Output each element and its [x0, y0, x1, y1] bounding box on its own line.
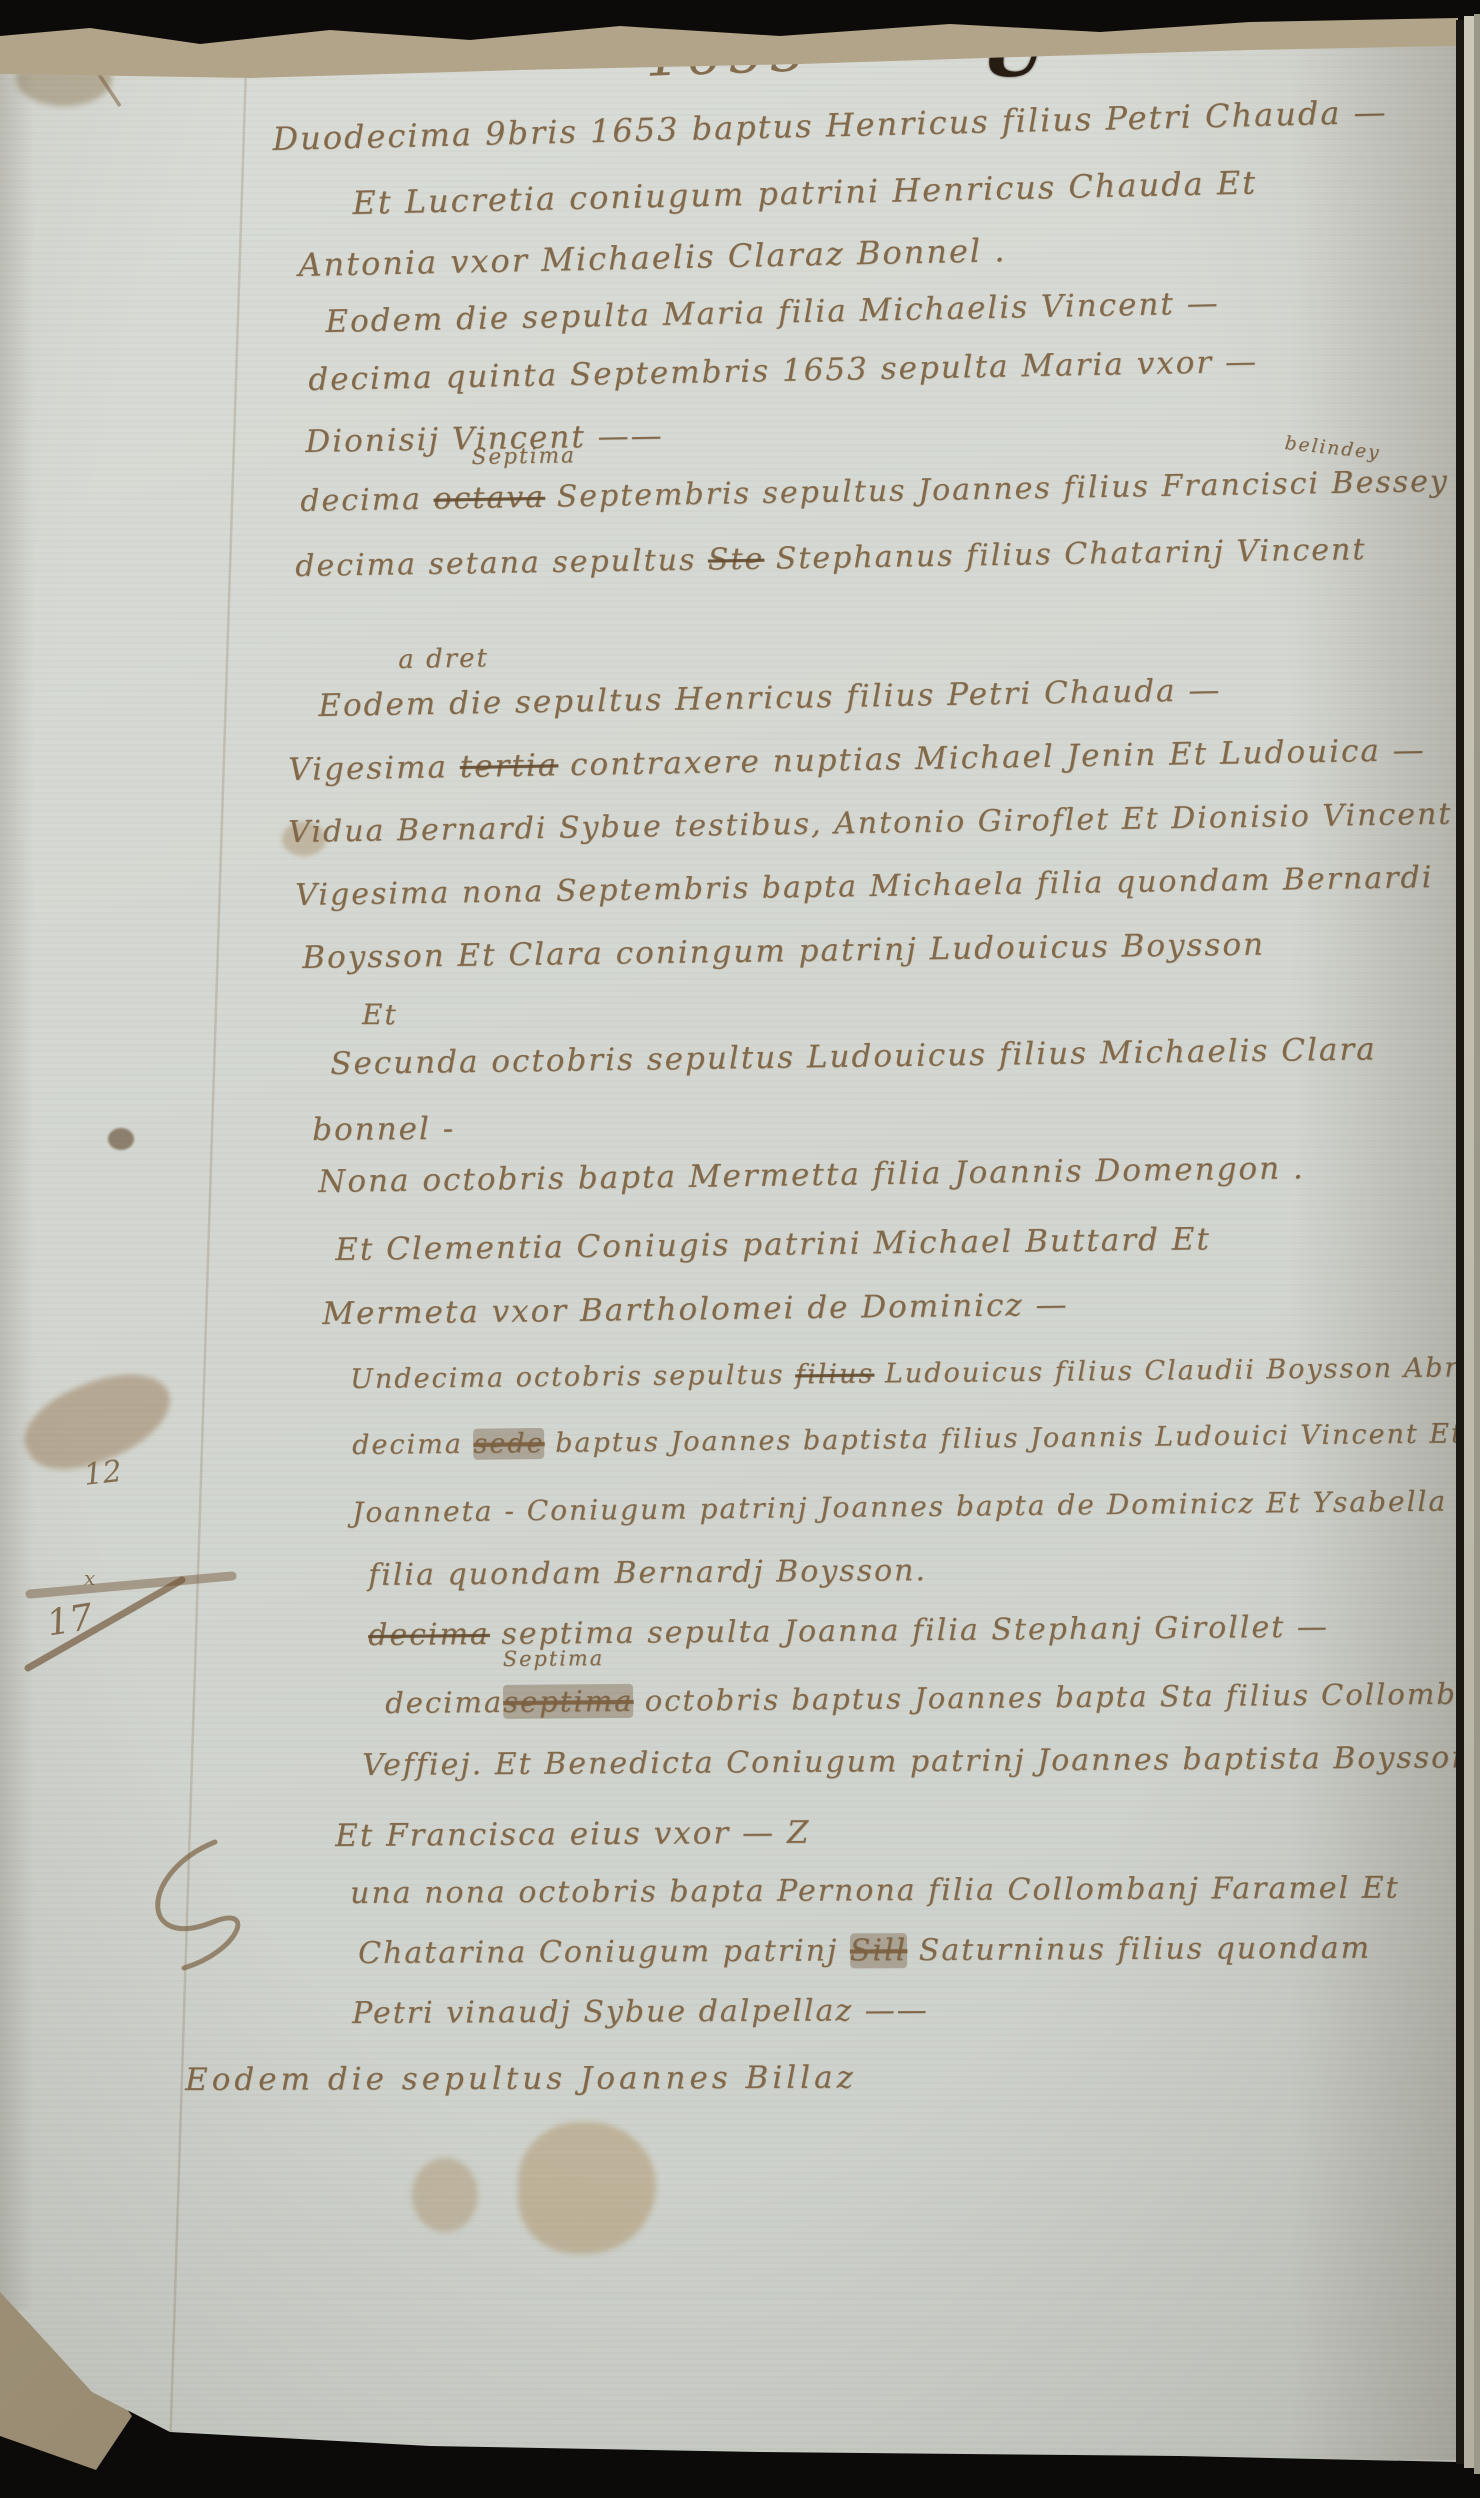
manuscript-page: 1653 U Duodecima 9bris 1653 baptus Henri…	[0, 0, 1480, 2498]
next-page-fore-edge-2	[1474, 14, 1480, 2474]
vignette-overlay	[0, 0, 1480, 2498]
photo-of-register-page: 1653 U Duodecima 9bris 1653 baptus Henri…	[0, 0, 1480, 2498]
next-page-fore-edge	[1464, 16, 1474, 2468]
